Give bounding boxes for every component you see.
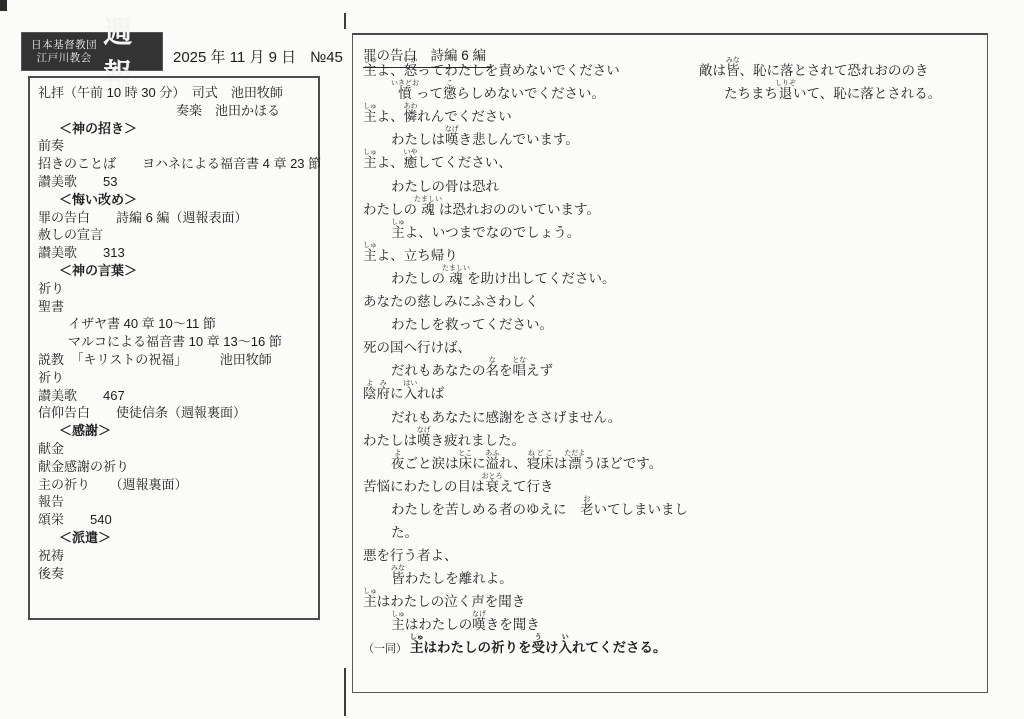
order-line: 説教 「キリストの祝福」 池田牧師 <box>38 351 314 369</box>
masthead: 日本基督教団 江戸川教会 週報 2025 年 11 月 9 日№45 <box>22 33 343 70</box>
psalm-line-text: だれもあなたの名なを唱となえず <box>391 357 553 379</box>
psalm-line-text: 憤いきどおって懲こらしめないでください。 <box>391 80 605 102</box>
worship-order-box: 礼拝（午前 10 時 30 分） 司式 池田牧師奏楽 池田かほる＜神の招き＞前奏… <box>28 76 320 620</box>
psalm-line: わたしの魂たましいは恐れおののいています。 <box>363 196 723 219</box>
psalm-line: だれもあなたの名なを唱となえず <box>363 357 723 380</box>
order-line: 招きのことば ヨハネによる福音書 4 章 23 節 <box>38 155 314 173</box>
psalm-line-text: あなたの慈しみにふさわしく <box>363 290 539 310</box>
issue-number: №45 <box>310 49 343 66</box>
psalm-line-text: 死の国へ行けば、 <box>363 336 471 356</box>
order-line: 頌栄 540 <box>38 511 314 529</box>
order-line: 礼拝（午前 10 時 30 分） 司式 池田牧師 <box>38 84 314 102</box>
psalm-line-text: わたしを救ってください。 <box>391 313 553 333</box>
psalm-line: 夜よごと涙は床とこに溢あふれ、寝床ねどこは漂ただようほどです。 <box>363 450 723 473</box>
psalm-line: た。 <box>363 519 723 542</box>
psalm-line: わたしの骨は恐れ <box>363 172 723 195</box>
order-line: 信仰告白 使徒信条（週報裏面） <box>38 404 314 422</box>
order-line: ＜神の言葉＞ <box>38 262 314 280</box>
psalm-line-text: わたしの魂たましいを助け出してください。 <box>391 265 616 287</box>
scanned-bulletin-page: 日本基督教団 江戸川教会 週報 2025 年 11 月 9 日№45 礼拝（午前… <box>0 0 1024 719</box>
church-logo-box: 日本基督教団 江戸川教会 週報 <box>22 33 162 70</box>
psalm-line: 主しゅよ、癒いやしてください、 <box>363 149 723 172</box>
psalm-final-verse-column: 敵は皆みな、恥に落とされて恐れおののきたちまち退しりぞいて、恥に落とされる。 <box>699 57 985 103</box>
order-line: 聖書 <box>38 298 314 316</box>
psalm-line: 陰府よみに入はいれば <box>363 380 723 403</box>
order-line: 讃美歌 467 <box>38 387 314 405</box>
psalm-final-verse-line-text: たちまち退しりぞいて、恥に落とされる。 <box>724 80 941 102</box>
order-line: ＜派遣＞ <box>38 529 314 547</box>
psalm-line: わたしは嘆なげき悲しんでいます。 <box>363 126 723 149</box>
psalm-line-text: 皆みなわたしを離れよ。 <box>391 565 513 587</box>
psalm-line: 皆みなわたしを離れよ。 <box>363 565 723 588</box>
order-line: 献金感謝の祈り <box>38 458 314 476</box>
psalm-text-column: 主しゅよ、怒いかってわたしを責めないでください憤いきどおって懲こらしめないでくだ… <box>363 57 723 657</box>
church-name-line2: 江戸川教会 <box>26 52 102 65</box>
order-line: 祈り <box>38 369 314 387</box>
psalm-final-verse-line-text: 敵は皆みな、恥に落とされて恐れおののき <box>699 57 929 79</box>
psalm-line-text: だれもあなたに感謝をささげません。 <box>391 406 621 426</box>
order-line: 献金 <box>38 440 314 458</box>
psalm-line-text: 夜よごと涙は床とこに溢あふれ、寝床ねどこは漂ただようほどです。 <box>391 450 662 472</box>
psalm-line: 悪を行う者よ、 <box>363 542 723 565</box>
issue-date-line: 2025 年 11 月 9 日№45 <box>173 46 343 70</box>
order-line: ＜悔い改め＞ <box>38 191 314 209</box>
psalm-line: 主しゅよ、いつまでなのでしょう。 <box>363 219 723 242</box>
psalm-line-text: 主しゅよ、いつまでなのでしょう。 <box>391 219 580 241</box>
congregation-prefix: （一同） <box>363 643 407 655</box>
order-line: 讃美歌 313 <box>38 244 314 262</box>
psalm-line: 苦悩にわたしの目は衰おとろえて行き <box>363 473 723 496</box>
psalm-line: わたしは嘆なげき疲れました。 <box>363 427 723 450</box>
psalm-line-text: 陰府よみに入はいれば <box>363 380 444 402</box>
order-line: 奏楽 池田かほる <box>38 102 314 120</box>
psalm-line-text: （一同）主しゅはわたしの祈りを受うけ入いれてくださる。 <box>363 634 667 656</box>
psalm-line: 主しゅよ、怒いかってわたしを責めないでください <box>363 57 723 80</box>
psalm-line: わたしを救ってください。 <box>363 311 723 334</box>
scan-artifact-corner <box>0 0 7 11</box>
psalm-line-text: わたしは嘆なげき悲しんでいます。 <box>391 126 579 148</box>
crop-mark-top <box>344 13 346 29</box>
order-line: 罪の告白 詩編 6 編（週報表面） <box>38 209 314 227</box>
psalm-line-text: 苦悩にわたしの目は衰おとろえて行き <box>363 473 554 495</box>
psalm-line: 主しゅはわたしの嘆なげきを聞き <box>363 611 723 634</box>
psalm-line-text: 悪を行う者よ、 <box>363 544 458 564</box>
psalm-line-text: わたしは嘆なげき疲れました。 <box>363 427 525 449</box>
order-line: 報告 <box>38 493 314 511</box>
psalm-line-text: 主しゅよ、憐あわれんでください <box>363 103 512 125</box>
confession-box: 罪の告白 詩編 6 編 主しゅよ、怒いかってわたしを責めないでください憤いきどお… <box>352 33 988 693</box>
psalm-line: あなたの慈しみにふさわしく <box>363 288 723 311</box>
psalm-final-verse-line: 敵は皆みな、恥に落とされて恐れおののき <box>699 57 985 80</box>
psalm-line-text: 主しゅよ、癒いやしてください、 <box>363 149 512 171</box>
psalm-line: 主しゅはわたしの泣く声を聞き <box>363 588 723 611</box>
church-name-line1: 日本基督教団 <box>26 39 102 52</box>
psalm-line: だれもあなたに感謝をささげません。 <box>363 403 723 426</box>
psalm-line: わたしを苦しめる者のゆえに 老おいてしまいまし <box>363 496 723 519</box>
church-name: 日本基督教団 江戸川教会 <box>22 39 102 65</box>
psalm-line-text: わたしの魂たましいは恐れおののいています。 <box>363 196 600 218</box>
psalm-line-text: た。 <box>391 521 418 541</box>
psalm-line: 主しゅよ、立ち帰り <box>363 242 723 265</box>
order-line: 祝祷 <box>38 547 314 565</box>
psalm-line: 憤いきどおって懲こらしめないでください。 <box>363 80 723 103</box>
order-line: 讃美歌 53 <box>38 173 314 191</box>
order-line: イザヤ書 40 章 10～11 節 <box>38 315 314 333</box>
psalm-line: わたしの魂たましいを助け出してください。 <box>363 265 723 288</box>
order-line: 赦しの宣言 <box>38 226 314 244</box>
issue-date: 2025 年 11 月 9 日 <box>173 49 296 66</box>
crop-mark-bottom <box>344 668 346 716</box>
order-line: ＜神の招き＞ <box>38 120 314 138</box>
order-line: 主の祈り （週報裏面） <box>38 476 314 494</box>
psalm-line-text: わたしの骨は恐れ <box>391 175 499 195</box>
psalm-line-text: 主しゅはわたしの嘆なげきを聞き <box>391 611 540 633</box>
psalm-line-text: 主しゅよ、怒いかってわたしを責めないでください <box>363 57 620 79</box>
psalm-line: （一同）主しゅはわたしの祈りを受うけ入いれてくださる。 <box>363 634 723 657</box>
psalm-line: 主しゅよ、憐あわれんでください <box>363 103 723 126</box>
order-line: 後奏 <box>38 565 314 583</box>
psalm-line-text: わたしを苦しめる者のゆえに 老おいてしまいまし <box>391 496 688 518</box>
psalm-line: 死の国へ行けば、 <box>363 334 723 357</box>
order-line: 祈り <box>38 280 314 298</box>
order-line: ＜感謝＞ <box>38 422 314 440</box>
psalm-line-text: 主しゅはわたしの泣く声を聞き <box>363 588 525 610</box>
order-line: マルコによる福音書 10 章 13～16 節 <box>38 333 314 351</box>
worship-order-lines: 礼拝（午前 10 時 30 分） 司式 池田牧師奏楽 池田かほる＜神の招き＞前奏… <box>38 84 314 582</box>
order-line: 前奏 <box>38 137 314 155</box>
psalm-final-verse-line: たちまち退しりぞいて、恥に落とされる。 <box>699 80 985 103</box>
psalm-line-text: 主しゅよ、立ち帰り <box>363 242 458 264</box>
